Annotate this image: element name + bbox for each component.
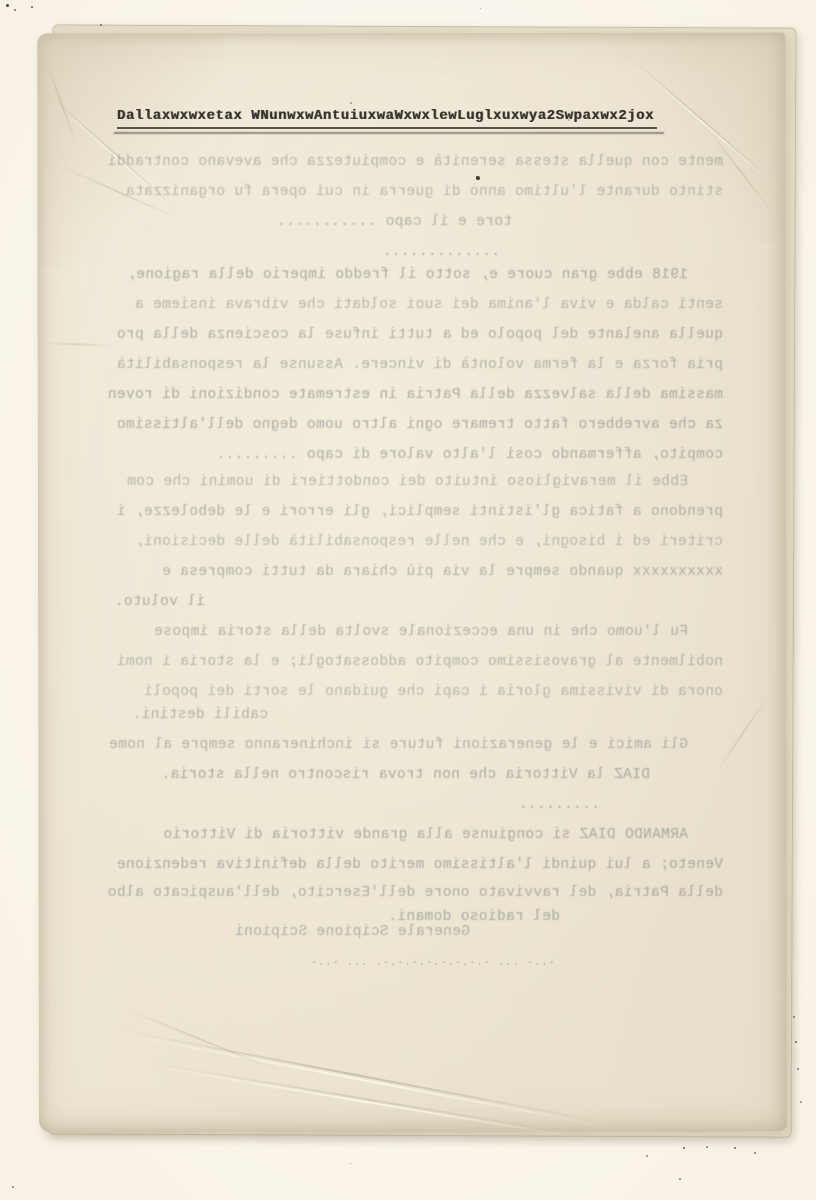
ghost-text-line: mente con quella stessa serenità e compi… bbox=[105, 147, 723, 177]
struck-out-heading: Dallaxwxwxetax WNunwxwAntuiuxwaWxwxlewLu… bbox=[117, 106, 669, 126]
ghost-text-line: compito, affermando così l'alto valore d… bbox=[105, 440, 723, 470]
ghost-text-line: quella anelante del popolo ed a tutti in… bbox=[105, 320, 723, 350]
ghost-text-line: massima della salvezza della Patria in e… bbox=[105, 380, 723, 410]
separator-dashed-line: -..- ... .-.-.-.-.-.-.-.- ... -..- bbox=[311, 958, 496, 969]
ghost-text-line: cabili destini. bbox=[105, 700, 268, 730]
ghost-text-line: pria forza e la ferma volontà di vincere… bbox=[105, 350, 723, 380]
dust-speck bbox=[800, 1101, 802, 1103]
ghost-text-line: Fu l'uomo che in una eccezionale svolta … bbox=[105, 617, 688, 647]
ghost-text-line: 1918 ebbe gran cuore e, sotto il freddo … bbox=[105, 260, 688, 290]
ghost-text-line: criteri ed i bisogni, e che nelle respon… bbox=[105, 527, 723, 557]
ghost-text-line: nobilmente al gravosissimo compito addos… bbox=[105, 647, 723, 677]
scan-background: { "page": { "title_struck_out": "Dallaxw… bbox=[0, 0, 816, 1200]
dust-speck bbox=[793, 1016, 795, 1018]
ghost-text-line: tore e il capo ........... bbox=[105, 207, 512, 237]
ghost-text-line: DIAZ la Vittoria che non trova riscontro… bbox=[105, 760, 650, 790]
ink-blot bbox=[350, 102, 352, 104]
dust-speck bbox=[734, 1147, 736, 1149]
dust-speck bbox=[480, 8, 481, 9]
dust-speck bbox=[706, 1146, 708, 1148]
dust-speck bbox=[350, 1163, 351, 1164]
ghost-text-line: sentì calda e viva l'anima dei suoi sold… bbox=[105, 290, 723, 320]
bleed-through-text: mente con quella stessa serenità e compi… bbox=[105, 147, 723, 947]
ghost-text-line: il voluto. bbox=[105, 587, 205, 617]
ghost-text-line: Ebbe il meraviglioso intuito dei condott… bbox=[105, 467, 688, 497]
dust-speck bbox=[754, 1152, 756, 1154]
ghost-text-line: za che avrebbero fatto tremare ogni altr… bbox=[105, 410, 723, 440]
ink-blot bbox=[568, 119, 570, 121]
heading-underline bbox=[117, 127, 657, 129]
dust-speck bbox=[683, 1147, 685, 1149]
dust-speck bbox=[6, 4, 9, 7]
ink-blot bbox=[476, 176, 480, 180]
dust-speck bbox=[679, 1178, 681, 1180]
ghost-text-line: stinto durante l'ultimo anno di guerra i… bbox=[105, 177, 723, 207]
dust-speck bbox=[797, 1068, 799, 1070]
dust-speck bbox=[31, 6, 33, 8]
ghost-text-line: prendono a fatica gl'istinti semplici, g… bbox=[105, 497, 723, 527]
heading-underline bbox=[114, 132, 664, 134]
dust-speck bbox=[100, 24, 102, 26]
ghost-text-line: Generale Scipione Scipioni bbox=[105, 917, 470, 947]
dust-speck bbox=[795, 1041, 797, 1043]
ghost-text-line: Veneto; a lui quindi l'altissimo merito … bbox=[105, 850, 723, 880]
dust-speck bbox=[14, 9, 16, 11]
ghost-text-line: Gli amici e le generazioni future si inc… bbox=[105, 730, 688, 760]
dust-speck bbox=[12, 1186, 14, 1188]
ghost-text-line: ARMANDO DIAZ si congiunse alla grande vi… bbox=[105, 820, 688, 850]
ghost-text-line: xxxxxxxxxx quando sempre la via più chia… bbox=[105, 557, 723, 587]
ghost-text-line: ......... bbox=[105, 790, 600, 820]
dust-speck bbox=[646, 1155, 648, 1157]
